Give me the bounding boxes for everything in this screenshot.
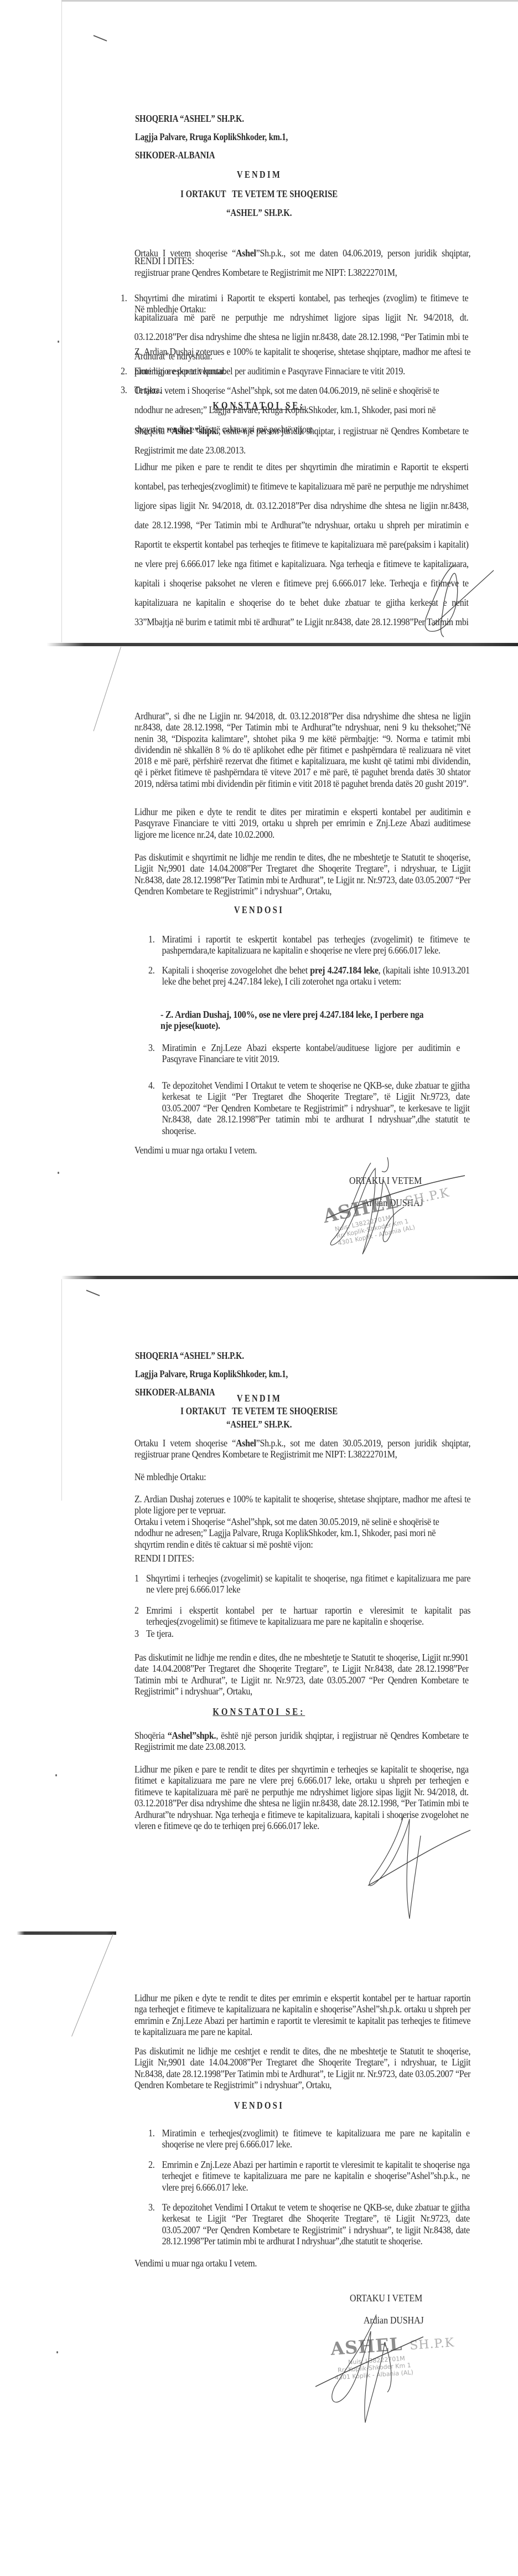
doc2-vendosi-item-2: 2. Emrimin e Znj.Leze Abazi per hartimin…: [148, 2159, 470, 2193]
doc1-konstatoi-p2-cont: Ardhurat”, si dhe ne Ligjin nr. 94/2018,…: [134, 710, 470, 789]
doc-title-sub: I ORTAKUT TE VETEM TE SHOQERISE: [0, 188, 518, 200]
doc1-closing: Vendimi u muar nga ortaku I vetem.: [134, 1145, 329, 1156]
scan-speck: [56, 2351, 58, 2353]
doc1-konstatoi-p2: Lidhur me piken e pare te rendit te dite…: [134, 457, 469, 638]
doc2-agenda-item-3: 3 Te tjera.: [134, 1628, 470, 1639]
page-separator: [46, 643, 518, 646]
scan-speck: [58, 1172, 59, 1174]
scan-top-edge: [61, 0, 518, 2]
doc2-konstatoi-p3: Lidhur me piken e dyte te rendit te dite…: [134, 1992, 470, 2038]
doc2-vendosi-heading: VENDOSI: [0, 2100, 518, 2111]
page-separator: [17, 1931, 116, 1935]
scan-edge: [61, 0, 62, 642]
doc2-signature-role: ORTAKU I VETEM: [350, 2292, 422, 2304]
doc2-company-address: Lagjja Palvare, Rruga KoplikShkoder, km.…: [135, 1368, 288, 1380]
doc2-agenda-heading: RENDI I DITES:: [134, 1553, 281, 1564]
doc2-title-sub: I ORTAKUT TE VETEM TE SHOQERISE: [0, 1405, 518, 1417]
agenda-heading: RENDI I DITES:: [134, 255, 281, 266]
doc1-owner-share: - Z. Ardian Dushaj, 100%, ose ne vlere p…: [160, 1009, 423, 1032]
company-city: SHKODER-ALBANIA: [135, 150, 215, 161]
company-name: SHOQERIA “ASHEL” SH.P.K.: [135, 113, 244, 125]
doc1-konstatoi: KONSTATOI SE:: [0, 400, 518, 411]
scan-speck: [55, 1774, 57, 1776]
doc2-company-name: SHOQERIA “ASHEL” SH.P.K.: [135, 1350, 244, 1362]
page-separator: [61, 1276, 518, 1279]
doc2-title-company: “ASHEL” SH.P.K.: [0, 1419, 518, 1430]
paper-fold: [94, 647, 121, 731]
doc1-vendosi-item-4: 4. Te depozitohet Vendimi I Ortakut te v…: [148, 1080, 470, 1136]
doc2-konstatoi-p1: Shoqëria “Ashel”shpk., është një person …: [134, 1730, 469, 1753]
agenda-item-2: 2. Emrimin e eskpertit kontabel per audi…: [121, 365, 468, 377]
doc2-konstatoi-heading: KONSTATOI SE:: [0, 1706, 518, 1718]
doc2-vendosi-item-1: 1. Miratimin e terheqjes(zvoglimit) te f…: [148, 2127, 470, 2150]
doc2-intro-paragraph: Ortaku I vetem shoqerise “Ashel”Sh.p.k.,…: [134, 1438, 470, 1460]
agenda-item-3: 3. Te tjera.: [121, 384, 468, 395]
doc2-title: VENDIM: [0, 1393, 518, 1404]
signature: [310, 2315, 443, 2425]
doc2-meeting-location-paragraph: Ortaku i vetem i Shoqerise “Ashel”shpk, …: [134, 1516, 461, 1550]
doc2-closing: Vendimi u muar nga ortaku I vetem.: [134, 2258, 329, 2269]
doc1-vendosi-item-2: 2. Kapitali i shoqerise zovogelohet dhe …: [148, 965, 470, 987]
company-address: Lagjja Palvare, Rruga KoplikShkoder, km.…: [135, 131, 288, 143]
doc-title: VENDIM: [0, 169, 518, 181]
agenda-item-1: 1. Shqyrtimi dhe miratimi i Raportit te …: [121, 288, 468, 366]
pen-mark: [86, 1290, 100, 1296]
signature-initials: [365, 1813, 476, 1924]
doc1-vendosi-item-3: 3. Miratimin e Znj.Leze Abazi eksperte k…: [148, 1042, 460, 1065]
doc1-konstatoi-p3: Lidhur me piken e dyte te rendit te dite…: [134, 806, 470, 840]
doc2-partner-paragraph: Z. Ardian Dushaj zoterues e 100% te kapi…: [134, 1493, 470, 1516]
pen-mark: [94, 35, 107, 42]
doc-title-company: “ASHEL” SH.P.K.: [0, 207, 518, 219]
paper-fold: [71, 1934, 113, 2037]
scan-edge: [61, 1279, 62, 1501]
doc2-meeting-line: Në mbledhje Ortaku:: [134, 1471, 470, 1482]
doc2-konstatoi-p4: Pas diskutimit ne lidhje me ceshtjet e r…: [134, 2046, 470, 2091]
doc1-vendosi-item-1: 1. Miratimi i raportit te eskpertit kont…: [148, 934, 470, 956]
doc2-discussion-paragraph: Pas diskutimit ne lidhje me rendin e dit…: [134, 1652, 469, 1697]
doc1-vendosi-heading: VENDOSI: [0, 904, 518, 916]
signature: [321, 1157, 476, 1257]
doc2-vendosi-item-3: 3. Te depozitohet Vendimi I Ortakut te v…: [148, 2202, 470, 2247]
doc1-konstatoi-p4: Pas diskutimit e shqyrtimit ne lidhje me…: [134, 852, 470, 897]
signature-initials: [422, 565, 494, 642]
doc2-agenda-item-2: 2 Emrimi i ekspertit kontabel per te har…: [134, 1605, 470, 1627]
doc2-agenda-item-1: 1 Shqyrtimi i terheqjes (zvogelimit) se …: [134, 1573, 470, 1595]
doc1-konstatoi-p1: Shoqëria “Ashel ”shpk., është një person…: [134, 421, 469, 460]
scan-speck: [58, 341, 59, 343]
